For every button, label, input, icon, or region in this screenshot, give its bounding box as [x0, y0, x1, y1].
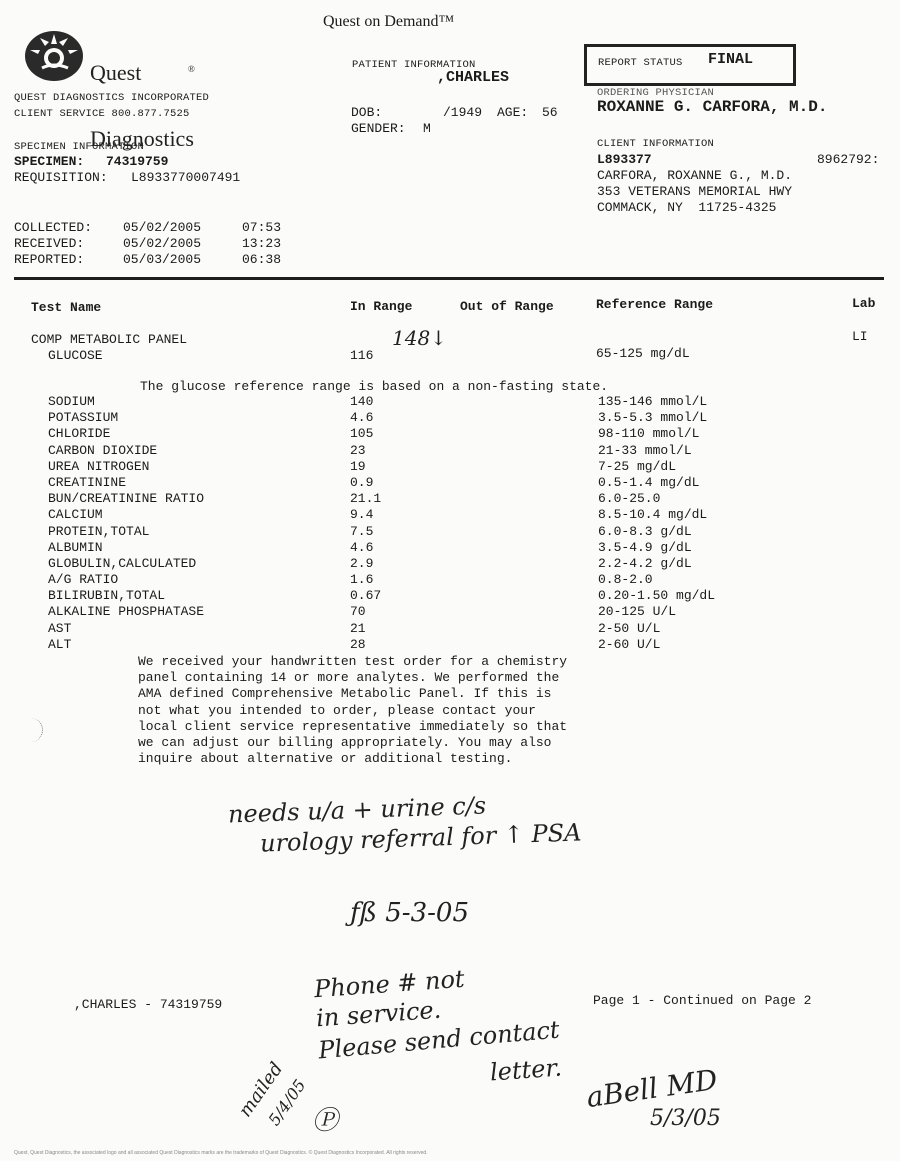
lab-billing-note: We received your handwritten test order … — [138, 654, 567, 767]
table-row: BUN/CREATININE RATIO21.16.0-25.0 — [30, 491, 818, 507]
table-row: SODIUM140135-146 mmol/L — [30, 394, 818, 410]
client-info-label: CLIENT INFORMATION — [597, 138, 714, 150]
test-name: CREATININE — [30, 475, 350, 491]
results-table: SODIUM140135-146 mmol/LPOTASSIUM4.63.5-5… — [30, 394, 818, 653]
dob-value: /1949 — [443, 105, 482, 120]
test-name: GLOBULIN,CALCULATED — [30, 556, 350, 572]
table-row: BILIRUBIN,TOTAL0.670.20-1.50 mg/dL — [30, 588, 818, 604]
received-date: 05/02/2005 — [123, 236, 201, 251]
footer-page-info: Page 1 - Continued on Page 2 — [593, 993, 811, 1008]
handwritten-initials-date: ƒß 5-3-05 — [350, 898, 469, 928]
handwritten-signature-date: 5/3/05 — [650, 1106, 721, 1131]
table-row: ALBUMIN4.63.5-4.9 g/dL — [30, 540, 818, 556]
collected-label: COLLECTED: — [14, 220, 92, 235]
glucose-handwritten-value: 148↓ — [392, 326, 447, 350]
table-row: GLOBULIN,CALCULATED2.92.2-4.2 g/dL — [30, 556, 818, 572]
table-row: CREATININE0.90.5-1.4 mg/dL — [30, 475, 818, 491]
test-name: PROTEIN,TOTAL — [30, 524, 350, 540]
test-reference: 0.8-2.0 — [598, 572, 818, 588]
client-name: CARFORA, ROXANNE G., M.D. — [597, 168, 792, 183]
test-reference: 2-60 U/L — [598, 637, 818, 653]
test-value: 21 — [350, 621, 598, 637]
test-reference: 6.0-8.3 g/dL — [598, 524, 818, 540]
table-row: CALCIUM9.48.5-10.4 mg/dL — [30, 507, 818, 523]
reported-time: 06:38 — [242, 252, 281, 267]
test-reference: 0.5-1.4 mg/dL — [598, 475, 818, 491]
client-service-phone: CLIENT SERVICE 800.877.7525 — [14, 108, 190, 120]
test-value: 70 — [350, 604, 598, 620]
client-address-line-2: COMMACK, NY 11725-4325 — [597, 200, 776, 215]
table-row: POTASSIUM4.63.5-5.3 mmol/L — [30, 410, 818, 426]
footer-legal: Quest, Quest Diagnostics, the associated… — [14, 1150, 428, 1156]
table-row: ALKALINE PHOSPHATASE7020-125 U/L — [30, 604, 818, 620]
collected-date: 05/02/2005 — [123, 220, 201, 235]
test-name: BILIRUBIN,TOTAL — [30, 588, 350, 604]
punch-hole-mark — [28, 718, 43, 742]
test-reference: 3.5-5.3 mmol/L — [598, 410, 818, 426]
patient-name: ,CHARLES — [437, 69, 509, 86]
product-title: Quest on Demand™ — [323, 13, 454, 31]
table-row: PROTEIN,TOTAL7.56.0-8.3 g/dL — [30, 524, 818, 540]
test-value: 140 — [350, 394, 598, 410]
section-divider — [14, 277, 884, 280]
quest-diagnostics-logo-icon — [24, 28, 84, 84]
report-status-value: FINAL — [708, 51, 753, 68]
received-time: 13:23 — [242, 236, 281, 251]
gender-value: M — [423, 121, 431, 136]
test-reference: 0.20-1.50 mg/dL — [598, 588, 818, 604]
test-reference: 20-125 U/L — [598, 604, 818, 620]
header-test-name: Test Name — [31, 300, 101, 315]
header-out-of-range: Out of Range — [460, 299, 554, 314]
handwritten-phone-line-1: Phone # not — [313, 965, 465, 1003]
test-value: 4.6 — [350, 540, 598, 556]
panel-name: COMP METABOLIC PANEL — [31, 332, 187, 347]
client-number: 8962792: — [817, 152, 879, 167]
handwritten-mailed-mark: Ⓟ — [312, 1100, 338, 1137]
specimen-value: 74319759 — [106, 154, 168, 169]
test-name: AST — [30, 621, 350, 637]
table-row: AST212-50 U/L — [30, 621, 818, 637]
test-name: CARBON DIOXIDE — [30, 443, 350, 459]
test-name: ALT — [30, 637, 350, 653]
test-reference: 3.5-4.9 g/dL — [598, 540, 818, 556]
test-reference: 6.0-25.0 — [598, 491, 818, 507]
header-lab: Lab — [852, 296, 875, 311]
gender-label: GENDER: — [351, 121, 406, 136]
glucose-reference-note: The glucose reference range is based on … — [140, 379, 608, 394]
table-row: A/G RATIO1.60.8-2.0 — [30, 572, 818, 588]
test-reference: 135-146 mmol/L — [598, 394, 818, 410]
table-row: UREA NITROGEN197-25 mg/dL — [30, 459, 818, 475]
test-reference: 98-110 mmol/L — [598, 426, 818, 442]
test-value: 9.4 — [350, 507, 598, 523]
test-value: 28 — [350, 637, 598, 653]
table-row: ALT282-60 U/L — [30, 637, 818, 653]
report-status-label: REPORT STATUS — [598, 57, 683, 69]
company-name: QUEST DIAGNOSTICS INCORPORATED — [14, 92, 209, 104]
test-value: 7.5 — [350, 524, 598, 540]
specimen-label: SPECIMEN: — [14, 154, 84, 169]
dob-label: DOB: — [351, 105, 382, 120]
test-value: 0.9 — [350, 475, 598, 491]
footer-patient-ref: ,CHARLES - 74319759 — [74, 997, 222, 1012]
specimen-info-label: SPECIMEN INFORMATION — [14, 141, 144, 153]
test-name: UREA NITROGEN — [30, 459, 350, 475]
client-id: L893377 — [597, 152, 652, 167]
collected-time: 07:53 — [242, 220, 281, 235]
reported-label: REPORTED: — [14, 252, 84, 267]
received-label: RECEIVED: — [14, 236, 84, 251]
table-row: CHLORIDE10598-110 mmol/L — [30, 426, 818, 442]
test-reference: 21-33 mmol/L — [598, 443, 818, 459]
test-name: A/G RATIO — [30, 572, 350, 588]
test-value: 2.9 — [350, 556, 598, 572]
panel-lab: LI — [852, 329, 868, 344]
glucose-name: GLUCOSE — [48, 348, 103, 363]
test-name: CALCIUM — [30, 507, 350, 523]
brand-line-1: Quest — [90, 62, 194, 84]
age-label: AGE: — [497, 105, 528, 120]
test-value: 19 — [350, 459, 598, 475]
client-address-line-1: 353 VETERANS MEMORIAL HWY — [597, 184, 792, 199]
test-reference: 7-25 mg/dL — [598, 459, 818, 475]
test-value: 0.67 — [350, 588, 598, 604]
test-value: 105 — [350, 426, 598, 442]
glucose-value: 116 — [350, 348, 373, 363]
test-value: 1.6 — [350, 572, 598, 588]
handwritten-phone-line-4: letter. — [489, 1054, 563, 1087]
glucose-reference: 65-125 mg/dL — [596, 346, 690, 361]
age-value: 56 — [542, 105, 558, 120]
test-value: 23 — [350, 443, 598, 459]
test-name: CHLORIDE — [30, 426, 350, 442]
requisition-label: REQUISITION: — [14, 170, 108, 185]
test-value: 21.1 — [350, 491, 598, 507]
header-reference-range: Reference Range — [596, 297, 713, 312]
test-name: ALKALINE PHOSPHATASE — [30, 604, 350, 620]
test-reference: 8.5-10.4 mg/dL — [598, 507, 818, 523]
header-in-range: In Range — [350, 299, 412, 314]
test-name: ALBUMIN — [30, 540, 350, 556]
test-name: SODIUM — [30, 394, 350, 410]
test-reference: 2-50 U/L — [598, 621, 818, 637]
ordering-physician-name: ROXANNE G. CARFORA, M.D. — [597, 98, 827, 116]
test-name: BUN/CREATININE RATIO — [30, 491, 350, 507]
table-row: CARBON DIOXIDE2321-33 mmol/L — [30, 443, 818, 459]
reported-date: 05/03/2005 — [123, 252, 201, 267]
test-reference: 2.2-4.2 g/dL — [598, 556, 818, 572]
test-value: 4.6 — [350, 410, 598, 426]
registered-mark: ® — [188, 58, 195, 80]
test-name: POTASSIUM — [30, 410, 350, 426]
requisition-value: L8933770007491 — [131, 170, 240, 185]
